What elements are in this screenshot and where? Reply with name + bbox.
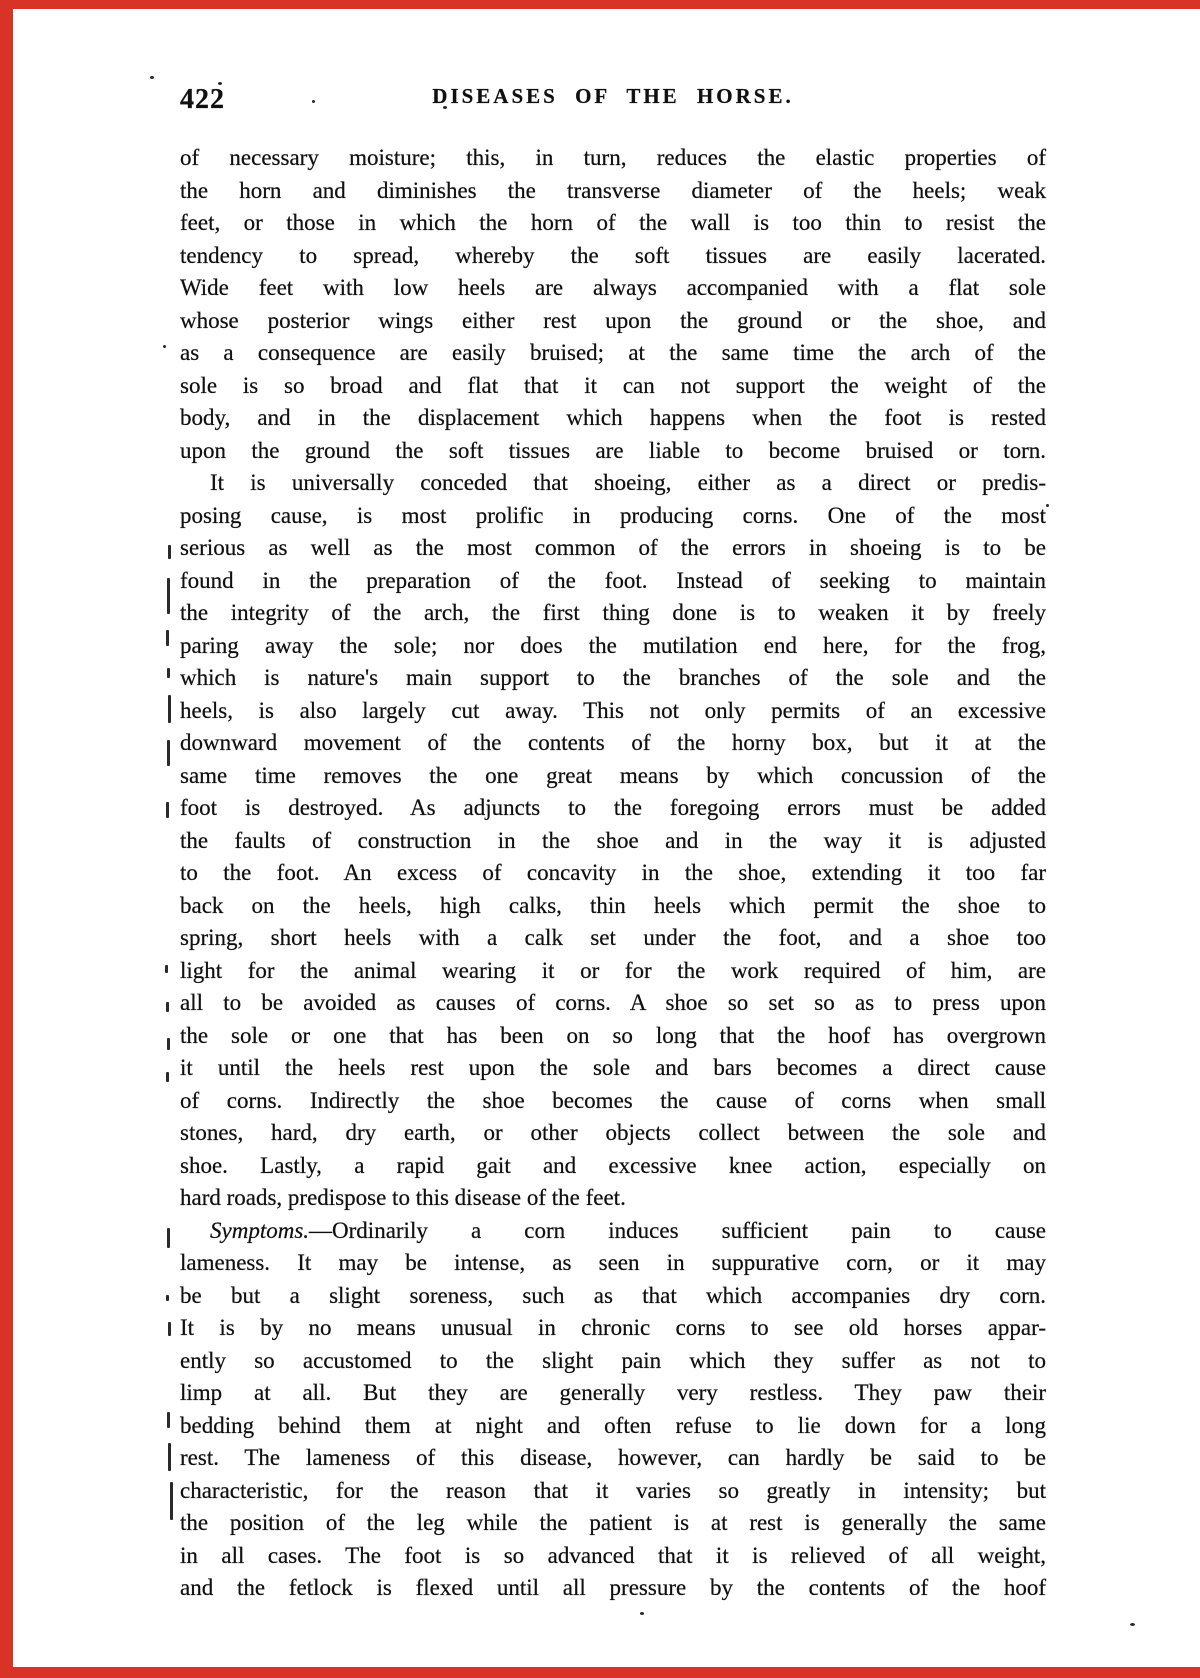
margin-artifact: [168, 1443, 171, 1471]
margin-artifact: [170, 1482, 173, 1520]
page-header: DISEASES OF THE HORSE. 422: [180, 84, 1046, 116]
scan-speck: [1046, 504, 1049, 507]
text-line: posing cause, is most prolific in produc…: [180, 500, 1046, 533]
margin-artifact: [167, 740, 170, 766]
margin-artifact: [168, 545, 171, 559]
text-line: paring away the sole; nor does the mutil…: [180, 630, 1046, 663]
scan-speck: [443, 106, 447, 109]
text-line: back on the heels, high calks, thin heel…: [180, 890, 1046, 923]
margin-artifact: [165, 965, 168, 973]
text-line: the integrity of the arch, the first thi…: [180, 597, 1046, 630]
text-line: of corns. Indirectly the shoe becomes th…: [180, 1085, 1046, 1118]
text-line: characteristic, for the reason that it v…: [180, 1475, 1046, 1508]
text-line: serious as well as the most common of th…: [180, 532, 1046, 565]
margin-artifact: [166, 1295, 169, 1301]
margin-artifact: [167, 668, 170, 678]
scanned-book-page: DISEASES OF THE HORSE. 422 of necessary …: [0, 0, 1200, 1678]
text-line: foot is destroyed. As adjuncts to the fo…: [180, 792, 1046, 825]
scan-speck: [640, 1612, 644, 1615]
margin-artifact: [168, 1322, 171, 1336]
margin-artifact: [167, 1228, 170, 1248]
text-line: the sole or one that has been on so long…: [180, 1020, 1046, 1053]
text-line: tendency to spread, whereby the soft tis…: [180, 240, 1046, 273]
text-line: limp at all. But they are generally very…: [180, 1377, 1046, 1410]
text-line: heels, is also largely cut away. This no…: [180, 695, 1046, 728]
margin-artifact: [166, 1002, 169, 1012]
text-line: the horn and diminishes the transverse d…: [180, 175, 1046, 208]
margin-artifact: [166, 1072, 169, 1082]
text-line: ently so accustomed to the slight pain w…: [180, 1345, 1046, 1378]
text-line: same time removes the one great means by…: [180, 760, 1046, 793]
text-line: which is nature's main support to the br…: [180, 662, 1046, 695]
scan-speck: [1130, 1623, 1135, 1626]
text-line: stones, hard, dry earth, or other object…: [180, 1117, 1046, 1150]
text-line: and the fetlock is flexed until all pres…: [180, 1572, 1046, 1605]
margin-artifact: [167, 578, 170, 614]
text-line: all to be avoided as causes of corns. A …: [180, 987, 1046, 1020]
text-line: spring, short heels with a calk set unde…: [180, 922, 1046, 955]
text-line: Symptoms.—Ordinarily a corn induces suff…: [180, 1215, 1046, 1248]
text-line: found in the preparation of the foot. In…: [180, 565, 1046, 598]
text-line: Wide feet with low heels are always acco…: [180, 272, 1046, 305]
text-line: in all cases. The foot is so advanced th…: [180, 1540, 1046, 1573]
margin-artifact: [167, 1038, 170, 1050]
text-line: rest. The lameness of this disease, howe…: [180, 1442, 1046, 1475]
text-line: shoe. Lastly, a rapid gait and excessive…: [180, 1150, 1046, 1183]
text-line: It is universally conceded that shoeing,…: [180, 467, 1046, 500]
text-line: downward movement of the contents of the…: [180, 727, 1046, 760]
running-title: DISEASES OF THE HORSE.: [180, 84, 1046, 109]
scan-edge-top: [0, 0, 1200, 9]
margin-artifact: [167, 1412, 170, 1428]
scan-speck: [312, 100, 315, 103]
text-line: the faults of construction in the shoe a…: [180, 825, 1046, 858]
margin-artifact: [166, 630, 169, 646]
text-line: it until the heels rest upon the sole an…: [180, 1052, 1046, 1085]
text-line: to the foot. An excess of concavity in t…: [180, 857, 1046, 890]
scan-edge-bottom: [0, 1667, 1200, 1678]
text-line: whose posterior wings either rest upon t…: [180, 305, 1046, 338]
scan-edge-left: [0, 0, 13, 1678]
text-line: hard roads, predispose to this disease o…: [180, 1182, 1046, 1215]
text-line: be but a slight soreness, such as that w…: [180, 1280, 1046, 1313]
margin-artifact: [168, 695, 171, 723]
scan-speck: [218, 82, 222, 85]
text-line: upon the ground the soft tissues are lia…: [180, 435, 1046, 468]
text-line: light for the animal wearing it or for t…: [180, 955, 1046, 988]
page-body: of necessary moisture; this, in turn, re…: [180, 142, 1046, 1605]
text-line: as a consequence are easily bruised; at …: [180, 337, 1046, 370]
text-line: body, and in the displacement which happ…: [180, 402, 1046, 435]
text-line: sole is so broad and flat that it can no…: [180, 370, 1046, 403]
scan-speck: [163, 345, 166, 348]
text-line: bedding behind them at night and often r…: [180, 1410, 1046, 1443]
text-line: of necessary moisture; this, in turn, re…: [180, 142, 1046, 175]
scan-speck: [150, 76, 154, 79]
margin-artifact: [166, 802, 169, 818]
text-line: lameness. It may be intense, as seen in …: [180, 1247, 1046, 1280]
text-line: the position of the leg while the patien…: [180, 1507, 1046, 1540]
text-line: It is by no means unusual in chronic cor…: [180, 1312, 1046, 1345]
text-line: feet, or those in which the horn of the …: [180, 207, 1046, 240]
